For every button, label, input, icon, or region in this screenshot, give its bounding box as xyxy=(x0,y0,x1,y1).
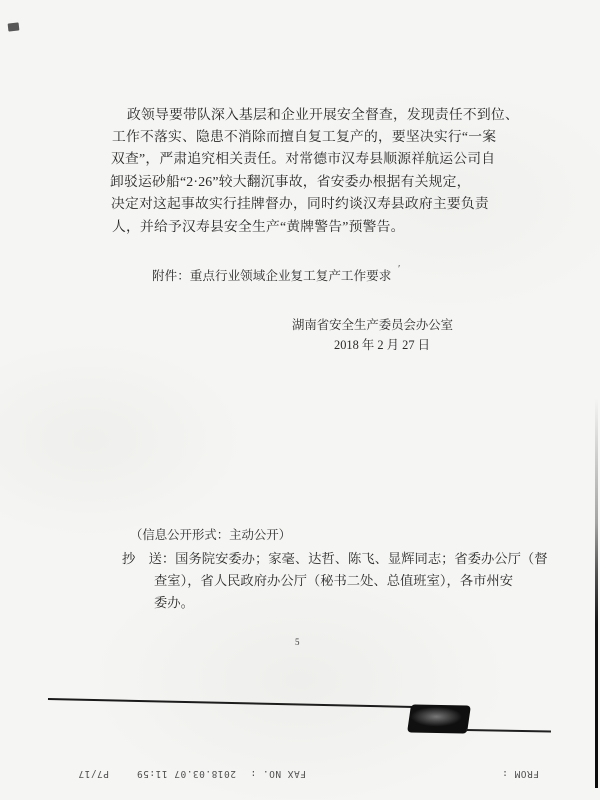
fax-number-label: FAX NO. : xyxy=(250,768,306,779)
fax-datetime: 2018.03.07 11:59 xyxy=(136,768,236,779)
scan-edge-line xyxy=(595,398,598,788)
scan-corner-mark xyxy=(8,22,20,31)
attachment-line: 附件：重点行业领域企业复工复产工作要求 xyxy=(152,270,391,283)
cc-line: 查室），省人民政府办公厅（秘书二处、总值班室），各市州安 xyxy=(154,574,513,587)
pen-tick-mark: ′ xyxy=(398,264,400,275)
body-line: 卸驳运砂船“2·26”较大翻沉事故，省安委办根据有关规定， xyxy=(110,175,471,189)
issuing-office: 湖南省安全生产委员会办公室 xyxy=(292,319,453,331)
body-line: 双查”，严肃追究相关责任。对常德市汉寿县顺源祥航运公司自 xyxy=(111,152,495,166)
scan-streak-line xyxy=(466,729,551,732)
scan-ink-blob xyxy=(407,704,471,733)
body-line: 决定对这起事故实行挂牌督办，同时约谈汉寿县政府主要负责 xyxy=(111,197,489,211)
cc-line: 抄 送：国务院安委办；家毫、达哲、陈飞、显辉同志；省委办公厅（督 xyxy=(122,552,548,565)
body-line: 人，并给予汉寿县安全生产“黄牌警告”预警告。 xyxy=(112,220,405,234)
scanned-document-page: 政领导要带队深入基层和企业开展安全督查，发现责任不到位、 工作不落实、隐患不消除… xyxy=(0,0,600,800)
fax-header-upside-down: FROM : FAX NO. : 2018.03.07 11:59 P7/17 xyxy=(0,764,600,782)
body-line: 工作不落实、隐患不消除而擅自复工复产的，要坚决实行“一案 xyxy=(112,130,496,144)
fax-from-label: FROM : xyxy=(502,768,539,779)
issue-date: 2018 年 2 月 27 日 xyxy=(334,339,430,351)
page-number: 5 xyxy=(295,638,300,647)
body-line: 政领导要带队深入基层和企业开展安全督查，发现责任不到位、 xyxy=(127,108,519,122)
cc-line: 委办。 xyxy=(154,596,194,609)
fax-page-indicator: P7/17 xyxy=(78,768,109,779)
disclosure-note: （信息公开形式：主动公开） xyxy=(130,529,291,541)
scan-streak-line xyxy=(48,698,414,708)
